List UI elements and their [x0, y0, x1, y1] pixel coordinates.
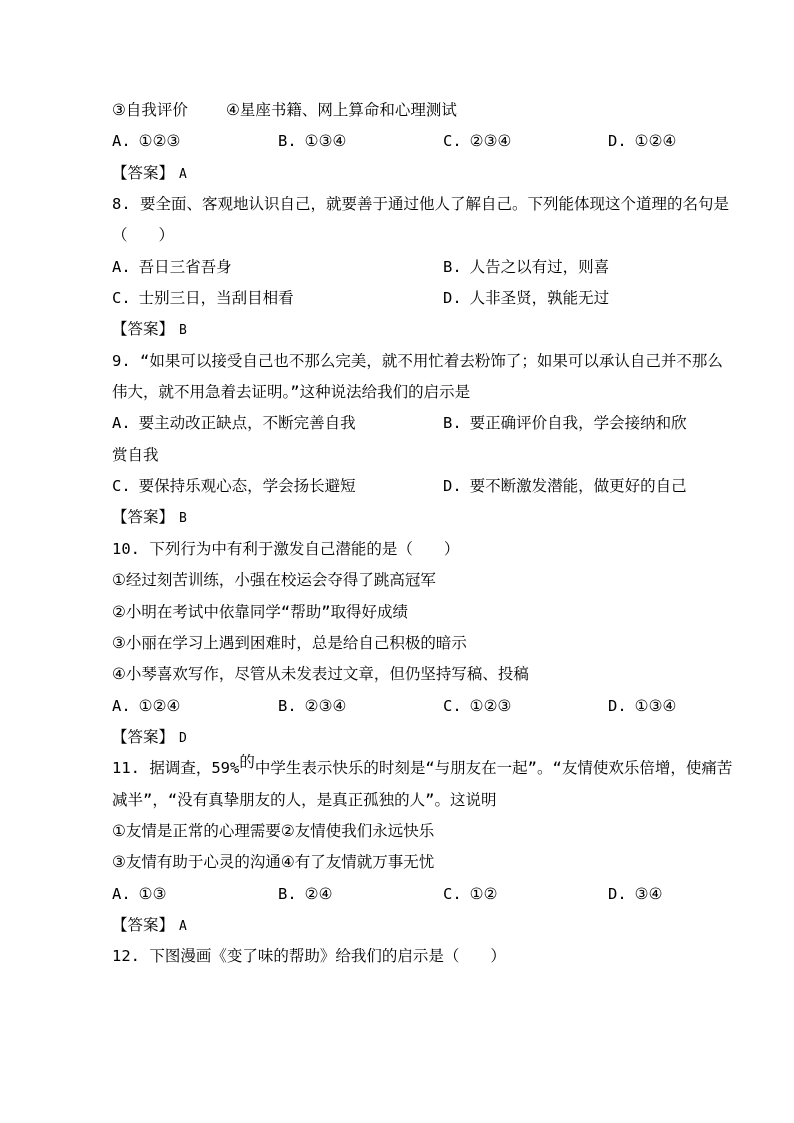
statement-item: ③友情有助于心灵的沟通④有了友情就万事无忧: [112, 853, 434, 871]
answer-label: 【答案】: [112, 916, 174, 934]
q7-options-row: A.①②③ B.①③④ C.②③④ D.①②④: [112, 126, 712, 157]
statement-item: ②小明在考试中依靠同学“帮助”取得好成绩: [112, 603, 408, 621]
option-label: B.: [443, 414, 462, 432]
q9-option-b-wrap-line: 赏自我: [112, 440, 712, 471]
question-stem: 9. “如果可以接受自己也不那么完美，就不用忙着去粉饰了；如果可以承认自己并不那…: [112, 352, 723, 370]
answer-value: B: [179, 511, 187, 526]
answer-value: B: [179, 323, 187, 338]
option-label: D.: [608, 132, 627, 150]
option-text: 要主动改正缺点，不断完善自我: [139, 414, 356, 432]
option-text: ①②③: [139, 132, 181, 150]
exam-content: ③自我评价④星座书籍、网上算命和心理测试 A.①②③ B.①③④ C.②③④ D…: [112, 95, 712, 973]
option-text: ②③④: [470, 132, 512, 150]
option-label: D.: [608, 885, 627, 903]
q8-paren-line: （ ）: [112, 220, 712, 251]
option-b: B.要正确评价自我，学会接纳和欣: [443, 408, 687, 439]
q7-item-4: ④星座书籍、网上算命和心理测试: [226, 95, 457, 126]
option-label: B.: [278, 132, 297, 150]
option-text: ②④: [305, 885, 333, 903]
option-a: A.吾日三省吾身: [112, 252, 232, 283]
option-c: C.①②③: [443, 691, 511, 722]
question-stem: 伟大，就不用急着去证明。”这种说法给我们的启示是: [112, 383, 470, 401]
option-a: A.①②③: [112, 126, 180, 157]
option-d: D.要不断激发潜能，做更好的自己: [443, 471, 687, 502]
q10-item-1: ①经过刻苦训练，小强在校运会夺得了跳高冠军: [112, 565, 712, 596]
q10-stem-line: 10. 下列行为中有利于激发自己潜能的是（ ）: [112, 534, 712, 565]
option-text: 吾日三省吾身: [139, 258, 232, 276]
option-a: A.①②④: [112, 691, 180, 722]
superscript-de: 的: [239, 753, 255, 771]
q8-stem-line-1: 8. 要全面、客观地认识自己，就要善于通过他人了解自己。下列能体现这个道理的名句…: [112, 189, 712, 220]
option-label: C.: [112, 477, 131, 495]
option-d: D.③④: [608, 879, 662, 910]
option-label: A.: [112, 414, 131, 432]
question-stem: 11. 据调查，59%: [112, 759, 239, 777]
q11-options-row: A.①③ B.②④ C.①② D.③④: [112, 879, 712, 910]
option-label: C.: [443, 885, 462, 903]
q10-item-4: ④小琴喜欢写作，尽管从未发表过文章，但仍坚持写稿、投稿: [112, 659, 712, 690]
statement-item: ①经过刻苦训练，小强在校运会夺得了跳高冠军: [112, 571, 436, 589]
option-label: D.: [443, 477, 462, 495]
option-label: D.: [443, 289, 462, 307]
option-label: A.: [112, 132, 131, 150]
option-label: B.: [443, 258, 462, 276]
option-text: 要不断激发潜能，做更好的自己: [470, 477, 687, 495]
option-text: ①③: [139, 885, 167, 903]
question-stem: 减半”，“没有真挚朋友的人，是真正孤独的人”。这说明: [112, 791, 497, 809]
option-c: C.士别三日，当刮目相看: [112, 283, 294, 314]
option-label: C.: [443, 697, 462, 715]
option-c: C.①②: [443, 879, 497, 910]
q11-answer-line: 【答案】A: [112, 910, 712, 941]
answer-value: A: [179, 919, 187, 934]
answer-label: 【答案】: [112, 320, 174, 338]
exam-document-page: ③自我评价④星座书籍、网上算命和心理测试 A.①②③ B.①③④ C.②③④ D…: [0, 0, 794, 1123]
q8-options-row-2: C.士别三日，当刮目相看 D.人非圣贤，孰能无过: [112, 283, 712, 314]
question-stem: 中学生表示快乐的时刻是“与朋友在一起”。“友情使欢乐倍增，使痛苦: [255, 759, 733, 777]
option-d: D.①③④: [608, 691, 676, 722]
option-text: ①②③: [470, 697, 512, 715]
q10-options-row: A.①②④ B.②③④ C.①②③ D.①③④: [112, 691, 712, 722]
option-label: B.: [278, 885, 297, 903]
option-text: 人告之以有过，则喜: [470, 258, 610, 276]
statement-item: ④小琴喜欢写作，尽管从未发表过文章，但仍坚持写稿、投稿: [112, 665, 529, 683]
option-c: C.要保持乐观心态，学会扬长避短: [112, 471, 356, 502]
answer-label: 【答案】: [112, 728, 174, 746]
answer-blank-parens: （ ）: [112, 226, 174, 244]
option-text: 要正确评价自我，学会接纳和欣: [470, 414, 687, 432]
option-d: D.人非圣贤，孰能无过: [443, 283, 609, 314]
option-label: A.: [112, 885, 131, 903]
option-text-continuation: 赏自我: [112, 446, 159, 464]
option-label: A.: [112, 697, 131, 715]
option-label: D.: [608, 697, 627, 715]
option-text: ①③④: [635, 697, 677, 715]
option-d: D.①②④: [608, 126, 676, 157]
q11-stem-line-1: 11. 据调查，59%的中学生表示快乐的时刻是“与朋友在一起”。“友情使欢乐倍增…: [112, 753, 712, 784]
option-text: 人非圣贤，孰能无过: [470, 289, 610, 307]
q11-items-line-2: ③友情有助于心灵的沟通④有了友情就万事无忧: [112, 847, 712, 878]
option-label: B.: [278, 697, 297, 715]
question-stem: 12. 下图漫画《变了味的帮助》给我们的启示是（ ）: [112, 947, 506, 965]
statement-item: ③小丽在学习上遇到困难时，总是给自己积极的暗示: [112, 634, 467, 652]
option-text: 士别三日，当刮目相看: [139, 289, 294, 307]
option-text: ②③④: [305, 697, 347, 715]
q10-answer-line: 【答案】D: [112, 722, 712, 753]
question-stem: 8. 要全面、客观地认识自己，就要善于通过他人了解自己。下列能体现这个道理的名句…: [112, 195, 729, 213]
answer-label: 【答案】: [112, 508, 174, 526]
q9-stem-line-2: 伟大，就不用急着去证明。”这种说法给我们的启示是: [112, 377, 712, 408]
statement-item: ①友情是正常的心理需要②友情使我们永远快乐: [112, 822, 434, 840]
option-a: A.要主动改正缺点，不断完善自我: [112, 408, 356, 439]
question-stem: 10. 下列行为中有利于激发自己潜能的是（ ）: [112, 540, 459, 558]
option-b: B.①③④: [278, 126, 346, 157]
option-c: C.②③④: [443, 126, 511, 157]
option-text: ③④: [635, 885, 663, 903]
q9-options-row-2: C.要保持乐观心态，学会扬长避短 D.要不断激发潜能，做更好的自己: [112, 471, 712, 502]
q7-item-3: ③自我评价: [112, 101, 188, 119]
option-b: B.②③④: [278, 691, 346, 722]
option-b: B.②④: [278, 879, 332, 910]
option-label: C.: [112, 289, 131, 307]
answer-value: A: [179, 167, 187, 182]
q9-options-row-1: A.要主动改正缺点，不断完善自我 B.要正确评价自我，学会接纳和欣: [112, 408, 712, 439]
option-text: ①②④: [635, 132, 677, 150]
q9-stem-line-1: 9. “如果可以接受自己也不那么完美，就不用忙着去粉饰了；如果可以承认自己并不那…: [112, 346, 712, 377]
option-label: C.: [443, 132, 462, 150]
answer-value: D: [179, 731, 187, 746]
q10-item-2: ②小明在考试中依靠同学“帮助”取得好成绩: [112, 597, 712, 628]
q7-answer-line: 【答案】A: [112, 158, 712, 189]
option-text: ①②: [470, 885, 498, 903]
q11-stem-line-2: 减半”，“没有真挚朋友的人，是真正孤独的人”。这说明: [112, 785, 712, 816]
q11-items-line-1: ①友情是正常的心理需要②友情使我们永远快乐: [112, 816, 712, 847]
option-label: A.: [112, 258, 131, 276]
option-text: ①②④: [139, 697, 181, 715]
option-a: A.①③: [112, 879, 166, 910]
q7-items-line: ③自我评价④星座书籍、网上算命和心理测试: [112, 95, 712, 126]
option-text: 要保持乐观心态，学会扬长避短: [139, 477, 356, 495]
q9-answer-line: 【答案】B: [112, 502, 712, 533]
q10-item-3: ③小丽在学习上遇到困难时，总是给自己积极的暗示: [112, 628, 712, 659]
q12-stem-line: 12. 下图漫画《变了味的帮助》给我们的启示是（ ）: [112, 941, 712, 972]
option-b: B.人告之以有过，则喜: [443, 252, 609, 283]
q8-options-row-1: A.吾日三省吾身 B.人告之以有过，则喜: [112, 252, 712, 283]
answer-label: 【答案】: [112, 164, 174, 182]
q8-answer-line: 【答案】B: [112, 314, 712, 345]
option-text: ①③④: [305, 132, 347, 150]
